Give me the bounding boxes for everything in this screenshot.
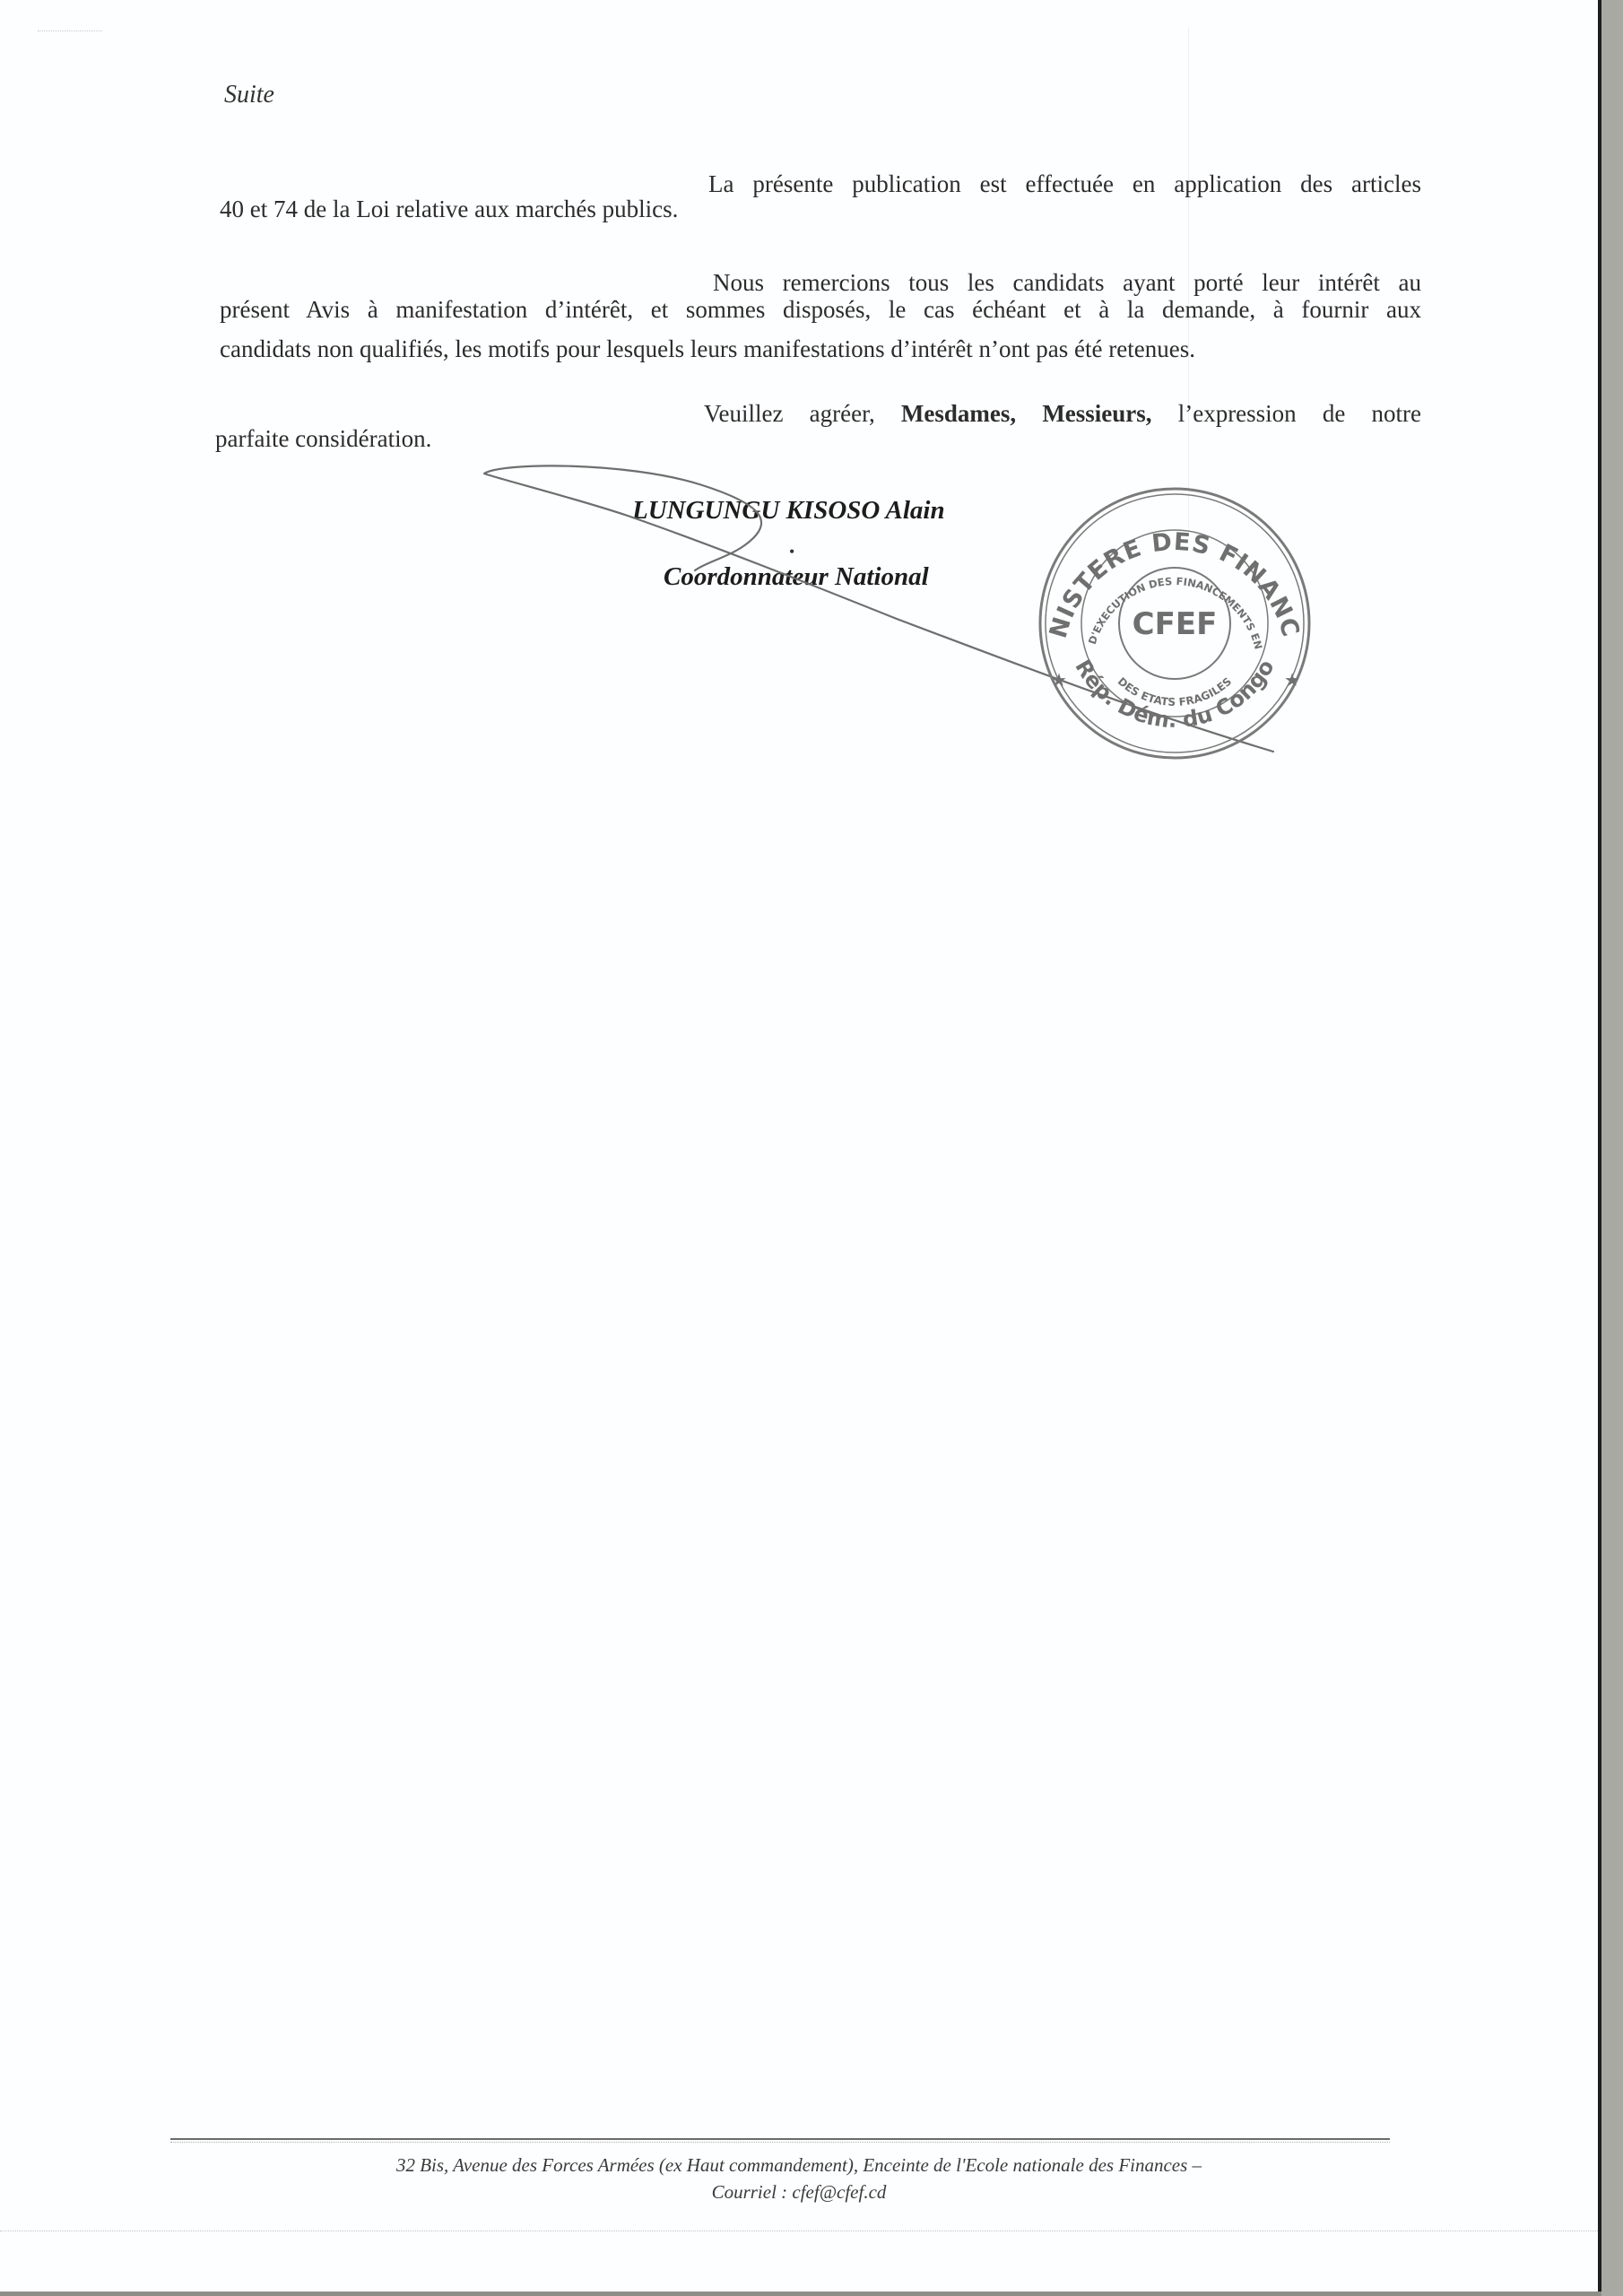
paragraph-line: parfaite considération.	[215, 425, 431, 452]
footer-divider-shadow	[170, 2142, 1390, 2143]
footer-address: 32 Bis, Avenue des Forces Armées (ex Hau…	[0, 2154, 1598, 2177]
paragraph-line: La présente publication est effectuée en…	[708, 170, 1421, 197]
official-stamp: MINISTERE DES FINANCES CELLULE D'EXECUTI…	[1031, 480, 1318, 767]
scan-artifact-mark	[38, 30, 102, 33]
paragraph-line: Nous remercions tous les candidats ayant…	[713, 269, 1421, 296]
stamp-star-icon: ★	[1051, 669, 1067, 691]
paragraph-line: candidats non qualifiés, les motifs pour…	[220, 335, 1195, 362]
scan-bottom-strip	[0, 2292, 1601, 2296]
signatory-title: Coordonnateur National	[664, 562, 929, 592]
closing-salutation: Mesdames, Messieurs,	[901, 400, 1152, 427]
closing-prefix: Veuillez agréer,	[704, 400, 901, 427]
paragraph-line: présent Avis à manifestation d’intérêt, …	[220, 296, 1421, 323]
scan-artifact-line	[0, 2231, 1598, 2231]
continuation-label: Suite	[224, 81, 274, 109]
paragraph-line: 40 et 74 de la Loi relative aux marchés …	[220, 196, 678, 222]
footer-divider	[170, 2138, 1390, 2140]
stamp-star-icon: ★	[1284, 669, 1300, 691]
closing-suffix: l’expression de notre	[1152, 400, 1421, 427]
footer-email: Courriel : cfef@cfef.cd	[0, 2181, 1598, 2204]
svg-text:Rép. Dém. du Congo: Rép. Dém. du Congo	[1070, 656, 1279, 734]
stamp-center-text: CFEF	[1133, 606, 1218, 642]
signatory-name: LUNGUNGU KISOSO Alain	[632, 496, 945, 526]
stamp-outer-bottom-text: Rép. Dém. du Congo	[1070, 656, 1279, 734]
paragraph-line: Veuillez agréer, Mesdames, Messieurs, l’…	[704, 400, 1421, 427]
signature-dot: •	[789, 543, 794, 561]
scan-background-strip	[1601, 0, 1623, 2296]
